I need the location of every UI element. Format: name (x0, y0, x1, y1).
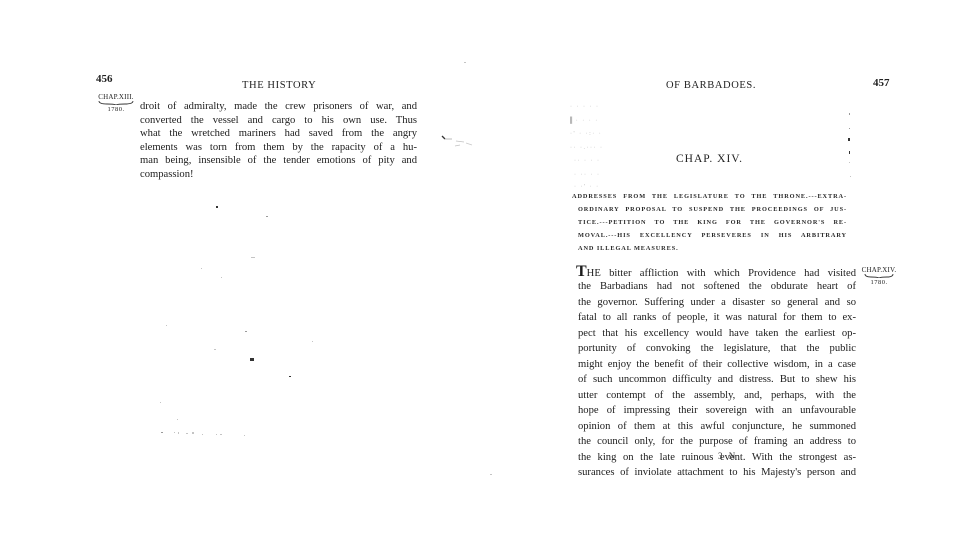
text-line: the Barbadians had not softened the obdu… (578, 281, 856, 292)
scan-speck (186, 433, 188, 434)
scan-speck (214, 349, 216, 350)
bleed-through-text: ▌· · · · (570, 118, 599, 124)
text-line: converted the vessel and cargo to his ow… (140, 115, 417, 126)
text-line: what the wretched mariners had saved fro… (140, 128, 417, 139)
text-line: compassion! (140, 169, 194, 180)
text-line: elements was torn from them by the rapac… (140, 142, 417, 153)
brace-icon (98, 101, 134, 105)
margin-chapter-label: CHAP.XIII. (98, 93, 133, 101)
text-line: the king on the late ruinous event. With… (578, 452, 856, 463)
text-line: fatal to all ranks of people, it was nat… (578, 312, 856, 323)
text-line: man being, insensible of the tender emot… (140, 155, 417, 166)
scan-speck (250, 358, 254, 361)
bleed-through-text: · ·· · · (574, 172, 601, 178)
right-page: OF BARBADOES. 457 · · · · · ▌· · · · ·' … (490, 0, 980, 548)
scan-speck (312, 341, 313, 342)
scan-speck (174, 432, 175, 433)
text-line: the governor. Suffering under a disaster… (578, 297, 856, 308)
scan-speck (216, 434, 217, 435)
scan-speck (216, 206, 218, 208)
text-line: utter contempt of the assembly, and, per… (578, 390, 856, 401)
margin-year: 1780. (107, 106, 124, 113)
text-line-first: THE bitter affliction with which Provide… (576, 267, 856, 279)
scan-speck (849, 151, 850, 154)
scan-speck (251, 257, 255, 258)
gutter-smudge (440, 134, 480, 148)
scan-speck (244, 435, 245, 436)
scan-speck (266, 216, 268, 217)
chapter-summary-line: TICE.---PETITION TO THE KING FOR THE GOV… (578, 219, 847, 226)
text-line: might enjoy the benefit of their collect… (578, 359, 856, 370)
margin-chapter-label: CHAP.XIV. (862, 266, 897, 274)
bleed-through-text: ·' · ·:· · (570, 131, 602, 137)
scan-speck (166, 325, 167, 326)
scan-speck (490, 474, 492, 475)
scan-speck (849, 128, 850, 129)
book-spread: 456 THE HISTORY CHAP.XIII. 1780. droit o… (0, 0, 980, 548)
scan-speck (221, 277, 222, 278)
scan-speck (849, 162, 850, 163)
text-line: opinion of them at this awful conjunctur… (578, 421, 856, 432)
text-line: droit of admiralty, made the crew prison… (140, 101, 417, 112)
scan-speck (202, 434, 203, 435)
scan-speck (160, 402, 161, 403)
chapter-summary-line: AND ILLEGAL MEASURES. (578, 245, 679, 252)
running-head-right: OF BARBADOES. (666, 80, 756, 91)
scan-speck (220, 434, 222, 435)
page-number-right: 457 (873, 77, 890, 89)
text-line: the council only, for the purpose of fra… (578, 436, 856, 447)
bleed-through-text: ·· ·.··· · (570, 145, 604, 151)
page-number-left: 456 (96, 73, 113, 85)
text-line: hope of impressing their sovereign with … (578, 405, 856, 416)
scan-speck (848, 138, 850, 141)
first-line-text: HE bitter affliction with which Providen… (587, 268, 856, 279)
chapter-title: CHAP. XIV. (676, 153, 743, 165)
scan-speck (192, 432, 194, 434)
text-line: portunity of convoking the legislature, … (578, 343, 856, 354)
bleed-through-text: · ·' · · (574, 184, 600, 190)
scan-speck (201, 268, 202, 269)
bleed-through-text: · · · · · (570, 104, 600, 110)
margin-note-left: CHAP.XIII. 1780. (94, 93, 138, 114)
text-line: of such uncommon difficulty and distress… (578, 374, 856, 385)
running-head-left: THE HISTORY (242, 80, 316, 91)
scan-speck (849, 113, 850, 115)
text-line: pect that his excellency would have take… (578, 328, 856, 339)
left-page: 456 THE HISTORY CHAP.XIII. 1780. droit o… (0, 0, 490, 548)
scan-speck (464, 62, 466, 63)
scan-speck (161, 432, 163, 433)
margin-note-right: CHAP.XIV. 1780. (856, 266, 902, 287)
scan-speck (289, 376, 291, 377)
scan-speck (850, 176, 851, 177)
scan-speck (178, 432, 179, 434)
scan-speck (177, 419, 178, 420)
brace-icon (864, 274, 894, 278)
bleed-through-text: ·· · · · (574, 158, 601, 164)
drop-cap: T (576, 263, 587, 280)
text-line: surances of inviolate attachment to his … (578, 467, 856, 478)
chapter-summary-line: MOVAL.---HIS EXCELLENCY PERSEVERES IN HI… (578, 232, 847, 239)
chapter-summary-line: ORDINARY PROPOSAL TO SUSPEND THE PROCEED… (578, 206, 847, 213)
margin-year: 1780. (870, 279, 887, 286)
chapter-summary-line: ADDRESSES FROM THE LEGISLATURE TO THE TH… (572, 193, 847, 200)
signature-mark: 3 N (718, 451, 737, 461)
scan-speck (245, 331, 247, 332)
